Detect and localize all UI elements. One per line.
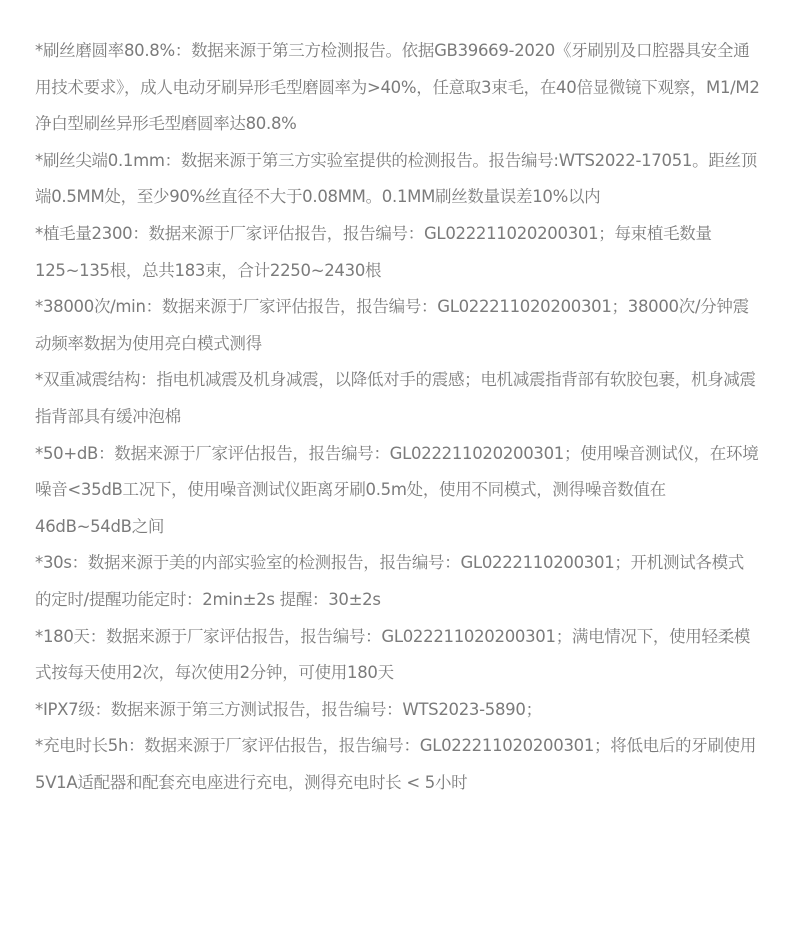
footnote-timer: *30s：数据来源于美的内部实验室的检测报告，报告编号：GL0222110200… bbox=[35, 545, 760, 618]
footnote-bristle-tip: *刷丝尖端0.1mm：数据来源于第三方实验室提供的检测报告。报告编号:WTS20… bbox=[35, 143, 760, 216]
footnote-noise-level: *50+dB：数据来源于厂家评估报告，报告编号：GL02221102020030… bbox=[35, 436, 760, 546]
footnote-bristle-rounding: *刷丝磨圆率80.8%：数据来源于第三方检测报告。依据GB39669-2020《… bbox=[35, 33, 760, 143]
footnote-charging-time: *充电时长5h：数据来源于厂家评估报告，报告编号：GL0222110202003… bbox=[35, 728, 760, 801]
footnotes-block: *刷丝磨圆率80.8%：数据来源于第三方检测报告。依据GB39669-2020《… bbox=[35, 33, 760, 801]
footnote-dual-damping: *双重减震结构：指电机减震及机身减震，以降低对手的震感；电机减震指背部有软胶包裹… bbox=[35, 362, 760, 435]
footnote-vibration-frequency: *38000次/min：数据来源于厂家评估报告，报告编号：GL022211020… bbox=[35, 289, 760, 362]
footnote-waterproof: *IPX7级：数据来源于第三方测试报告，报告编号：WTS2023-5890； bbox=[35, 692, 760, 729]
footnote-bristle-count: *植毛量2300：数据来源于厂家评估报告，报告编号：GL022211020200… bbox=[35, 216, 760, 289]
footnote-battery-life: *180天：数据来源于厂家评估报告，报告编号：GL022211020200301… bbox=[35, 619, 760, 692]
